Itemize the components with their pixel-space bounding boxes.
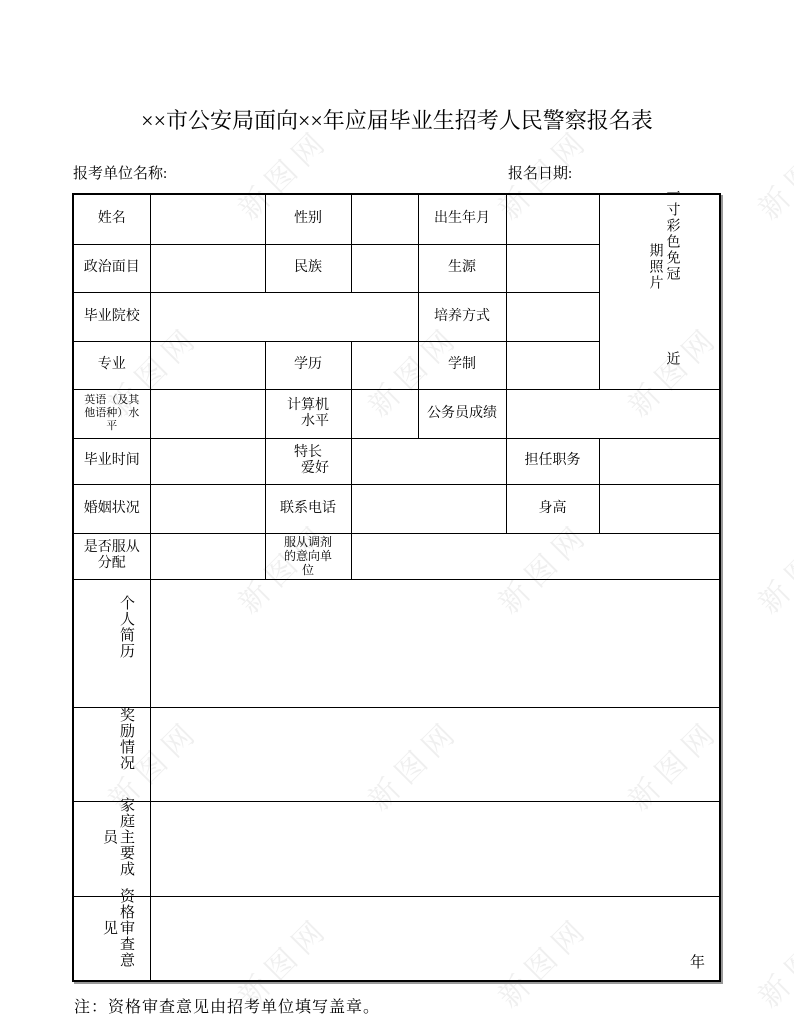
civil-service-score-label-cell: 公务员成绩 bbox=[418, 389, 506, 438]
obey-assignment-value-cell bbox=[150, 533, 265, 579]
footnote: 注：资格审查意见由招考单位填写盖章。 bbox=[74, 994, 380, 1017]
applicant-unit-label: 报考单位名称: bbox=[73, 162, 167, 183]
birth-date-label-cell: 出生年月 bbox=[418, 194, 506, 244]
phone-label-cell: 联系电话 bbox=[265, 484, 351, 533]
family-members-label-cell: 家庭主要成员 bbox=[73, 801, 150, 896]
form-page: 新图网新图网新图网新图网新图网新图网新图网新图网新图网新图网新图网新图网新图网新… bbox=[0, 0, 794, 1025]
civil-service-score-value-cell bbox=[506, 389, 720, 438]
student-origin-label-cell: 生源 bbox=[418, 244, 506, 292]
english-level-value-cell bbox=[150, 389, 265, 438]
adjustment-unit-label-cell: 服从调剂的意向单位 bbox=[265, 533, 351, 579]
gender-label-cell: 性别 bbox=[265, 194, 351, 244]
birth-date-value-cell bbox=[506, 194, 599, 244]
major-label-cell: 专业 bbox=[73, 341, 150, 389]
marital-status-value-cell bbox=[150, 484, 265, 533]
training-mode-label-cell: 培养方式 bbox=[418, 292, 506, 341]
resume-content-cell bbox=[150, 579, 720, 707]
ethnicity-label-cell: 民族 bbox=[265, 244, 351, 292]
graduation-time-label-cell: 毕业时间 bbox=[73, 438, 150, 484]
watermark: 新图网 bbox=[746, 904, 794, 1016]
education-label-cell: 学历 bbox=[265, 341, 351, 389]
photo-box-cell: 一寸彩色免冠 期照片 近 bbox=[599, 194, 720, 389]
qualification-review-content-cell: 年 bbox=[150, 896, 720, 981]
political-status-label-cell: 政治面目 bbox=[73, 244, 150, 292]
year-suffix: 年 bbox=[690, 955, 705, 971]
adjustment-unit-label: 服从调剂的意向单位 bbox=[282, 535, 334, 577]
training-mode-value-cell bbox=[506, 292, 599, 341]
family-members-content-cell bbox=[150, 801, 720, 896]
english-level-label: 英语（及其他语种）水平 bbox=[83, 394, 141, 433]
computer-level-value-cell bbox=[351, 389, 418, 438]
specialty-hobby-value-cell bbox=[351, 438, 506, 484]
position-label-cell: 担任职务 bbox=[506, 438, 599, 484]
graduate-school-label-cell: 毕业院校 bbox=[73, 292, 150, 341]
gender-value-cell bbox=[351, 194, 418, 244]
photo-note-line3: 近 bbox=[664, 351, 680, 367]
resume-label: 个人简历 bbox=[98, 592, 134, 662]
height-value-cell bbox=[599, 484, 720, 533]
awards-label-cell: 奖励情况 bbox=[73, 707, 150, 801]
english-level-label-cell: 英语（及其他语种）水平 bbox=[73, 389, 150, 438]
computer-level-label-cell: 计算机 水平 bbox=[265, 389, 351, 438]
major-value-cell bbox=[150, 341, 265, 389]
political-status-value-cell bbox=[150, 244, 265, 292]
schooling-length-value-cell bbox=[506, 341, 599, 389]
specialty-hobby-label-cell: 特长 爱好 bbox=[265, 438, 351, 484]
schooling-length-label-cell: 学制 bbox=[418, 341, 506, 389]
qualification-review-label-cell: 资格审查意见 bbox=[73, 896, 150, 981]
family-members-label: 家庭主要成员 bbox=[98, 797, 134, 878]
adjustment-unit-value-cell bbox=[351, 533, 720, 579]
apply-date-label: 报名日期: bbox=[508, 162, 572, 183]
qualification-review-label: 资格审查意见 bbox=[98, 888, 134, 969]
ethnicity-value-cell bbox=[351, 244, 418, 292]
height-label-cell: 身高 bbox=[506, 484, 599, 533]
graduation-time-value-cell bbox=[150, 438, 265, 484]
name-value-cell bbox=[150, 194, 265, 244]
student-origin-value-cell bbox=[506, 244, 599, 292]
watermark: 新图网 bbox=[746, 510, 794, 622]
marital-status-label-cell: 婚姻状况 bbox=[73, 484, 150, 533]
awards-content-cell bbox=[150, 707, 720, 801]
photo-note-line2: 期照片 bbox=[647, 243, 663, 291]
resume-label-cell: 个人简历 bbox=[73, 579, 150, 707]
page-title: ××市公安局面向××年应届毕业生招考人民警察报名表 bbox=[0, 108, 794, 133]
registration-form-table: 姓名 性别 出生年月 一寸彩色免冠 期照片 近 政治面目 民族 生源 毕业院校 … bbox=[72, 193, 721, 982]
position-value-cell bbox=[599, 438, 720, 484]
name-label-cell: 姓名 bbox=[73, 194, 150, 244]
graduate-school-value-cell bbox=[150, 292, 418, 341]
obey-assignment-label-cell: 是否服从 分配 bbox=[73, 533, 150, 579]
photo-note-line1: 一寸彩色免冠 bbox=[664, 186, 680, 282]
phone-value-cell bbox=[351, 484, 506, 533]
education-value-cell bbox=[351, 341, 418, 389]
awards-label: 奖励情况 bbox=[98, 704, 134, 774]
